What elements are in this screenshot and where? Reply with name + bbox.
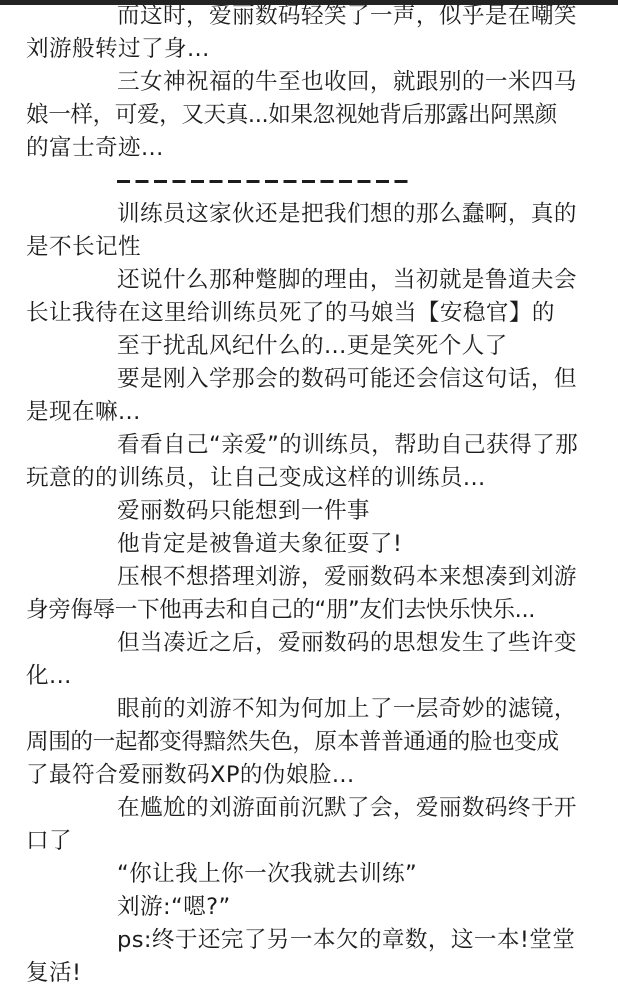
text-line: 是不长记性 [26, 231, 592, 264]
paragraph: 至于扰乱风纪什么的...更是笑死个人了 [26, 330, 592, 363]
top-status-bar [0, 0, 618, 5]
text-line: 化... [26, 660, 592, 693]
text-line: 看看自己“亲爱”的训练员，帮助自己获得了那 [26, 429, 592, 462]
reader-content[interactable]: 而这时，爱丽数码轻笑了一声，似乎是在嘲笑 刘游般转过了身... 三女神祝福的牛至… [26, 0, 592, 990]
text-line: 复活! [26, 957, 592, 990]
text-line: 身旁侮辱一下他再去和自己的“朋”友们去快乐快乐... [26, 594, 592, 627]
paragraph: 在尴尬的刘游面前沉默了会，爱丽数码终于开 口了 [26, 792, 592, 858]
text-line: ps:终于还完了另一本欠的章数，这一本!堂堂 [26, 924, 592, 957]
paragraph: 而这时，爱丽数码轻笑了一声，似乎是在嘲笑 刘游般转过了身... [26, 0, 592, 66]
paragraph: “你让我上你一次我就去训练” [26, 858, 592, 891]
text-line: 口了 [26, 825, 592, 858]
text-line: 爱丽数码只能想到一件事 [26, 495, 592, 528]
text-line: 了最符合爱丽数码XP的伪娘脸... [26, 759, 592, 792]
paragraph: 还说什么那种蹩脚的理由，当初就是鲁道夫会 长让我待在这里给训练员死了的马娘当【安… [26, 264, 592, 330]
paragraph: 三女神祝福的牛至也收回，就跟别的一米四马 娘一样，可爱，又天真...如果忽视她背… [26, 66, 592, 165]
text-line: 至于扰乱风纪什么的...更是笑死个人了 [26, 330, 592, 363]
text-line: 玩意的的训练员，让自己变成这样的训练员... [26, 462, 592, 495]
text-line: 他肯定是被鲁道夫象征耍了! [26, 528, 592, 561]
paragraph: 训练员这家伙还是把我们想的那么蠢啊，真的 是不长记性 [26, 198, 592, 264]
dash-line [117, 180, 413, 183]
paragraph: ps:终于还完了另一本欠的章数，这一本!堂堂 复活! [26, 924, 592, 990]
text-line: 长让我待在这里给训练员死了的马娘当【安稳官】的 [26, 297, 592, 330]
paragraph: 他肯定是被鲁道夫象征耍了! [26, 528, 592, 561]
paragraph: 看看自己“亲爱”的训练员，帮助自己获得了那 玩意的的训练员，让自己变成这样的训练… [26, 429, 592, 495]
text-line: 压根不想搭理刘游，爱丽数码本来想凑到刘游 [26, 561, 592, 594]
text-line: 是现在嘛... [26, 396, 592, 429]
paragraph: 压根不想搭理刘游，爱丽数码本来想凑到刘游 身旁侮辱一下他再去和自己的“朋”友们去… [26, 561, 592, 627]
text-line: “你让我上你一次我就去训练” [26, 858, 592, 891]
text-line: 的富士奇迹... [26, 132, 592, 165]
text-line: 刘游:“嗯?” [26, 891, 592, 924]
text-line: 刘游般转过了身... [26, 33, 592, 66]
text-line: 训练员这家伙还是把我们想的那么蠢啊，真的 [26, 198, 592, 231]
paragraph: 爱丽数码只能想到一件事 [26, 495, 592, 528]
text-line: 娘一样，可爱，又天真...如果忽视她背后那露出阿黑颜 [26, 99, 592, 132]
paragraph: 刘游:“嗯?” [26, 891, 592, 924]
paragraph: 但当凑近之后，爱丽数码的思想发生了些许变 化... [26, 627, 592, 693]
text-line: 但当凑近之后，爱丽数码的思想发生了些许变 [26, 627, 592, 660]
text-line: 眼前的刘游不知为何加上了一层奇妙的滤镜， [26, 693, 592, 726]
section-divider [26, 165, 592, 198]
text-line: 要是刚入学那会的数码可能还会信这句话，但 [26, 363, 592, 396]
text-line: 三女神祝福的牛至也收回，就跟别的一米四马 [26, 66, 592, 99]
text-line: 还说什么那种蹩脚的理由，当初就是鲁道夫会 [26, 264, 592, 297]
paragraph: 要是刚入学那会的数码可能还会信这句话，但 是现在嘛... [26, 363, 592, 429]
text-line: 周围的一起都变得黯然失色，原本普普通通的脸也变成 [26, 726, 592, 759]
paragraph: 眼前的刘游不知为何加上了一层奇妙的滤镜， 周围的一起都变得黯然失色，原本普普通通… [26, 693, 592, 792]
text-line: 在尴尬的刘游面前沉默了会，爱丽数码终于开 [26, 792, 592, 825]
